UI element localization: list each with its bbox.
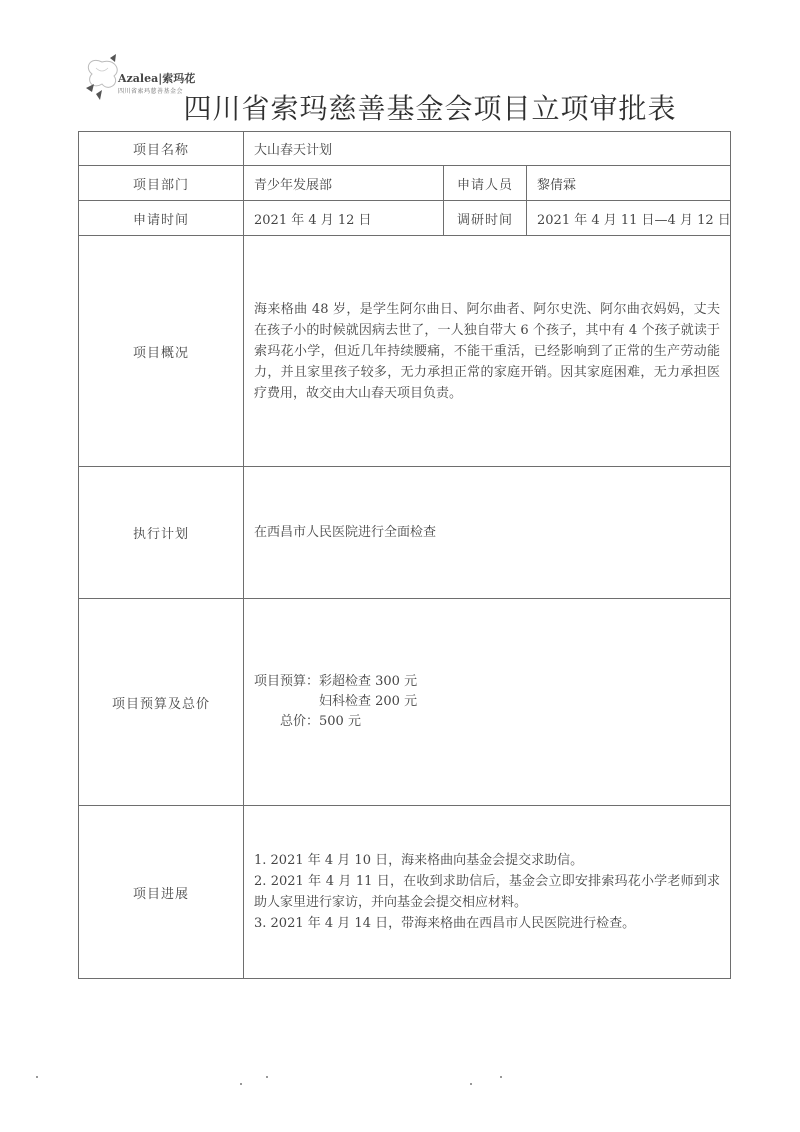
progress-item-1: 1. 2021 年 4 月 10 日，海来格曲向基金会提交求助信。 xyxy=(254,850,720,871)
apply-time-label: 申请时间 xyxy=(79,201,244,236)
research-time-label: 调研时间 xyxy=(444,201,527,236)
approval-form-table: 项目名称 大山春天计划 项目部门 青少年发展部 申请人员 黎倩霖 申请时间 20… xyxy=(78,131,731,979)
row-plan: 执行计划 在西昌市人民医院进行全面检查 xyxy=(79,467,731,599)
scan-artifact xyxy=(500,1076,502,1078)
progress-label: 项目进展 xyxy=(79,806,244,979)
overview-value: 海来格曲 48 岁，是学生阿尔曲日、阿尔曲者、阿尔史洗、阿尔曲衣妈妈，丈夫在孩子… xyxy=(244,236,731,467)
scan-artifact xyxy=(36,1076,38,1078)
budget-value: 项目预算：彩超检查 300 元 妇科检查 200 元 总价：500 元 xyxy=(244,599,731,806)
research-time-value: 2021 年 4 月 11 日—4 月 12 日 xyxy=(527,201,731,236)
row-progress: 项目进展 1. 2021 年 4 月 10 日，海来格曲向基金会提交求助信。 2… xyxy=(79,806,731,979)
scan-artifact xyxy=(240,1083,242,1085)
overview-label: 项目概况 xyxy=(79,236,244,467)
row-project-name: 项目名称 大山春天计划 xyxy=(79,132,731,166)
row-overview: 项目概况 海来格曲 48 岁，是学生阿尔曲日、阿尔曲者、阿尔史洗、阿尔曲衣妈妈，… xyxy=(79,236,731,467)
budget-total: 总价：500 元 xyxy=(254,712,720,732)
row-budget: 项目预算及总价 项目预算：彩超检查 300 元 妇科检查 200 元 总价：50… xyxy=(79,599,731,806)
row-department: 项目部门 青少年发展部 申请人员 黎倩霖 xyxy=(79,166,731,201)
applicant-value: 黎倩霖 xyxy=(527,166,731,201)
progress-item-2: 2. 2021 年 4 月 11 日，在收到求助信后，基金会立即安排索玛花小学老… xyxy=(254,871,720,913)
project-name-value: 大山春天计划 xyxy=(244,132,731,166)
progress-value: 1. 2021 年 4 月 10 日，海来格曲向基金会提交求助信。 2. 202… xyxy=(244,806,731,979)
logo-brand: Azalea|索玛花 xyxy=(118,70,195,86)
scan-artifact xyxy=(266,1076,268,1078)
page-title: 四川省索玛慈善基金会项目立项审批表 xyxy=(0,87,800,127)
budget-line-1: 项目预算：彩超检查 300 元 xyxy=(254,672,720,692)
progress-item-3: 3. 2021 年 4 月 14 日，带海来格曲在西昌市人民医院进行检查。 xyxy=(254,913,720,934)
plan-label: 执行计划 xyxy=(79,467,244,599)
budget-label: 项目预算及总价 xyxy=(79,599,244,806)
department-value: 青少年发展部 xyxy=(244,166,444,201)
row-time: 申请时间 2021 年 4 月 12 日 调研时间 2021 年 4 月 11 … xyxy=(79,201,731,236)
project-name-label: 项目名称 xyxy=(79,132,244,166)
department-label: 项目部门 xyxy=(79,166,244,201)
apply-time-value: 2021 年 4 月 12 日 xyxy=(244,201,444,236)
plan-value: 在西昌市人民医院进行全面检查 xyxy=(244,467,731,599)
budget-line-2: 妇科检查 200 元 xyxy=(254,692,720,712)
scan-artifact xyxy=(470,1083,472,1085)
applicant-label: 申请人员 xyxy=(444,166,527,201)
